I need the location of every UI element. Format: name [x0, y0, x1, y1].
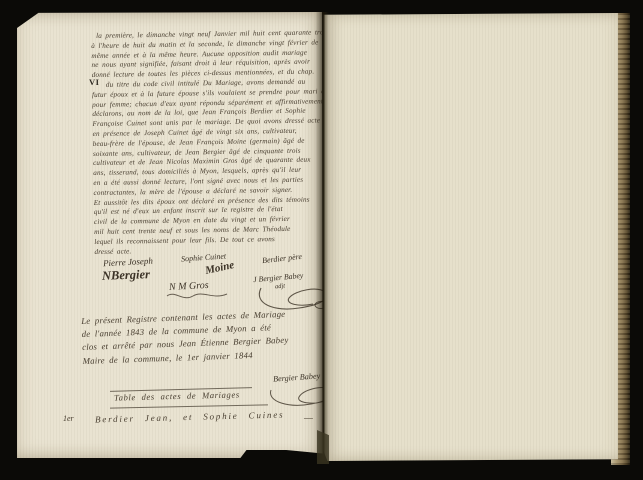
signature-flourish-gros: [165, 288, 229, 304]
table-of-acts-title: Table des actes de Mariages: [114, 389, 240, 402]
signature-moine: Moine: [204, 259, 235, 277]
table-entry-names: Berdier Jean, et Sophie Cuines: [95, 410, 285, 425]
table-rule-bottom: [110, 404, 268, 408]
signature-bergier: NBergier: [102, 267, 150, 284]
closing-signature-flourish: [267, 380, 323, 410]
marriage-act-text: la première, le dimanche vingt neuf Janv…: [91, 28, 323, 257]
table-entry-ordinal: 1er: [63, 414, 74, 423]
scanned-register-photo: VI la première, le dimanche vingt neuf J…: [0, 0, 643, 480]
book-gutter-foot: [317, 430, 329, 464]
register-closing-statement: Le présent Registre contenant les actes …: [81, 306, 323, 368]
table-entry-dash: —: [304, 413, 313, 424]
register-page-right: [323, 13, 618, 461]
register-page-left: VI la première, le dimanche vingt neuf J…: [17, 12, 323, 458]
